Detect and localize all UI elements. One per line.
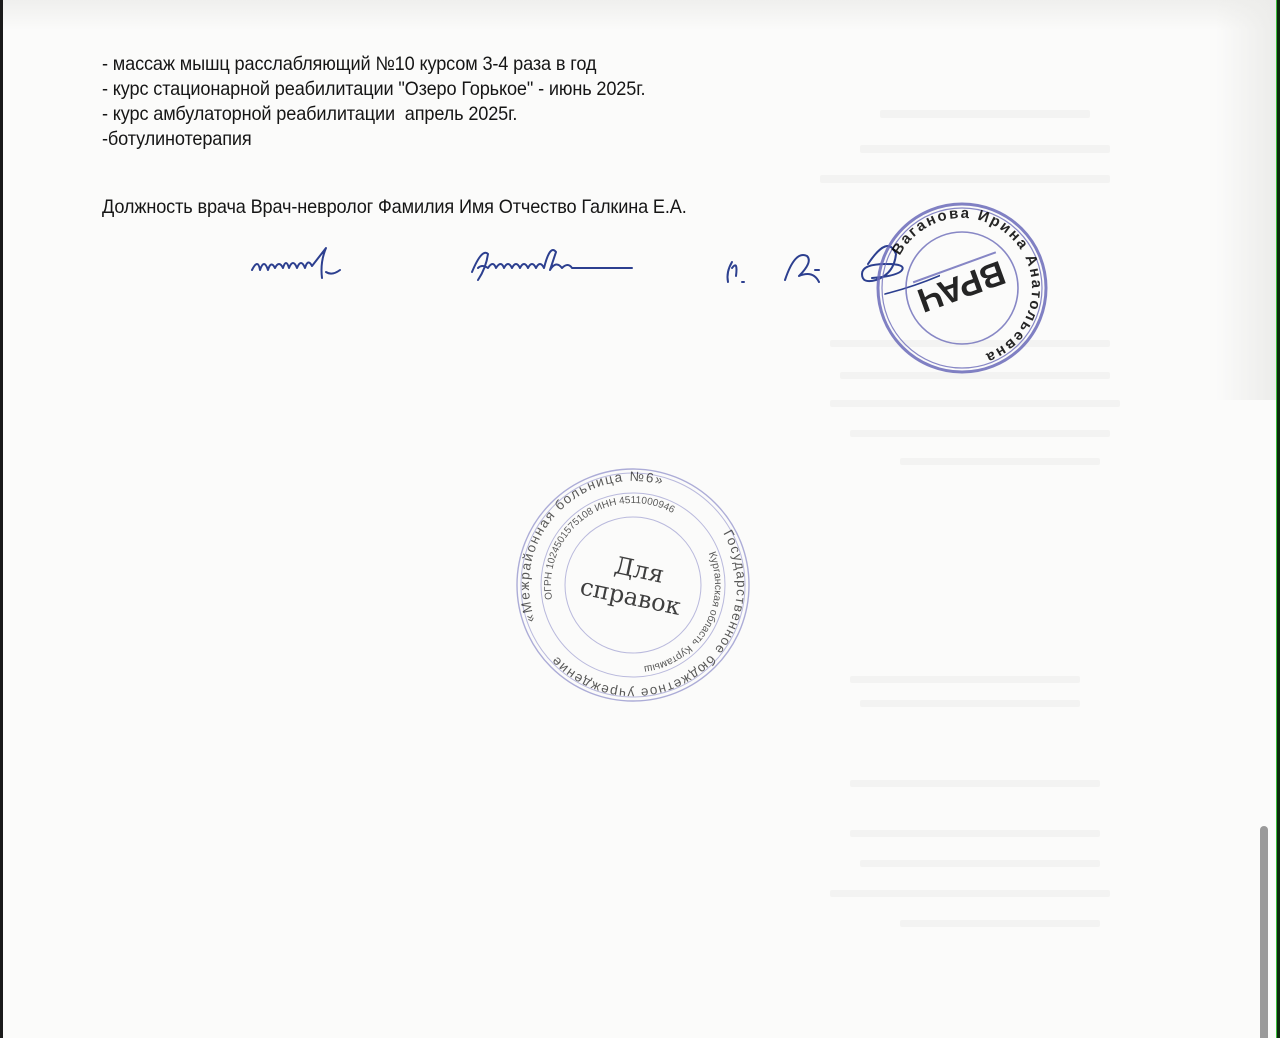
vertical-scrollbar[interactable]	[1260, 826, 1268, 1038]
institution-stamp: Государственное бюджетное учреждение «Ме…	[508, 465, 758, 705]
svg-text:Государственное бюджетное учре: Государственное бюджетное учреждение	[535, 527, 758, 705]
handwritten-signature	[240, 232, 940, 312]
list-item: - курс стационарной реабилитации "Озеро …	[102, 77, 645, 102]
left-border	[0, 0, 3, 1038]
doctor-stamp: Ваганова Ирина Анатольевна ВРАЧ	[872, 198, 1052, 378]
recommendations-list: - массаж мышц расслабляющий №10 курсом 3…	[102, 52, 686, 152]
document-page: - массаж мышц расслабляющий №10 курсом 3…	[0, 0, 1280, 1038]
page-shadow-top	[0, 0, 1280, 30]
list-item: - массаж мышц расслабляющий №10 курсом 3…	[102, 52, 645, 77]
page-shadow-right	[1216, 0, 1276, 400]
list-item: - курс амбулаторной реабилитации апрель …	[102, 102, 645, 127]
list-item: -ботулинотерапия	[102, 127, 645, 152]
institution-stamp-outer-ring: Государственное бюджетное учреждение	[535, 527, 758, 705]
doctor-stamp-center-text: ВРАЧ	[912, 253, 1010, 320]
doctor-line: Должность врача Врач-невролог Фамилия Им…	[102, 196, 687, 219]
right-border	[1276, 0, 1280, 1038]
